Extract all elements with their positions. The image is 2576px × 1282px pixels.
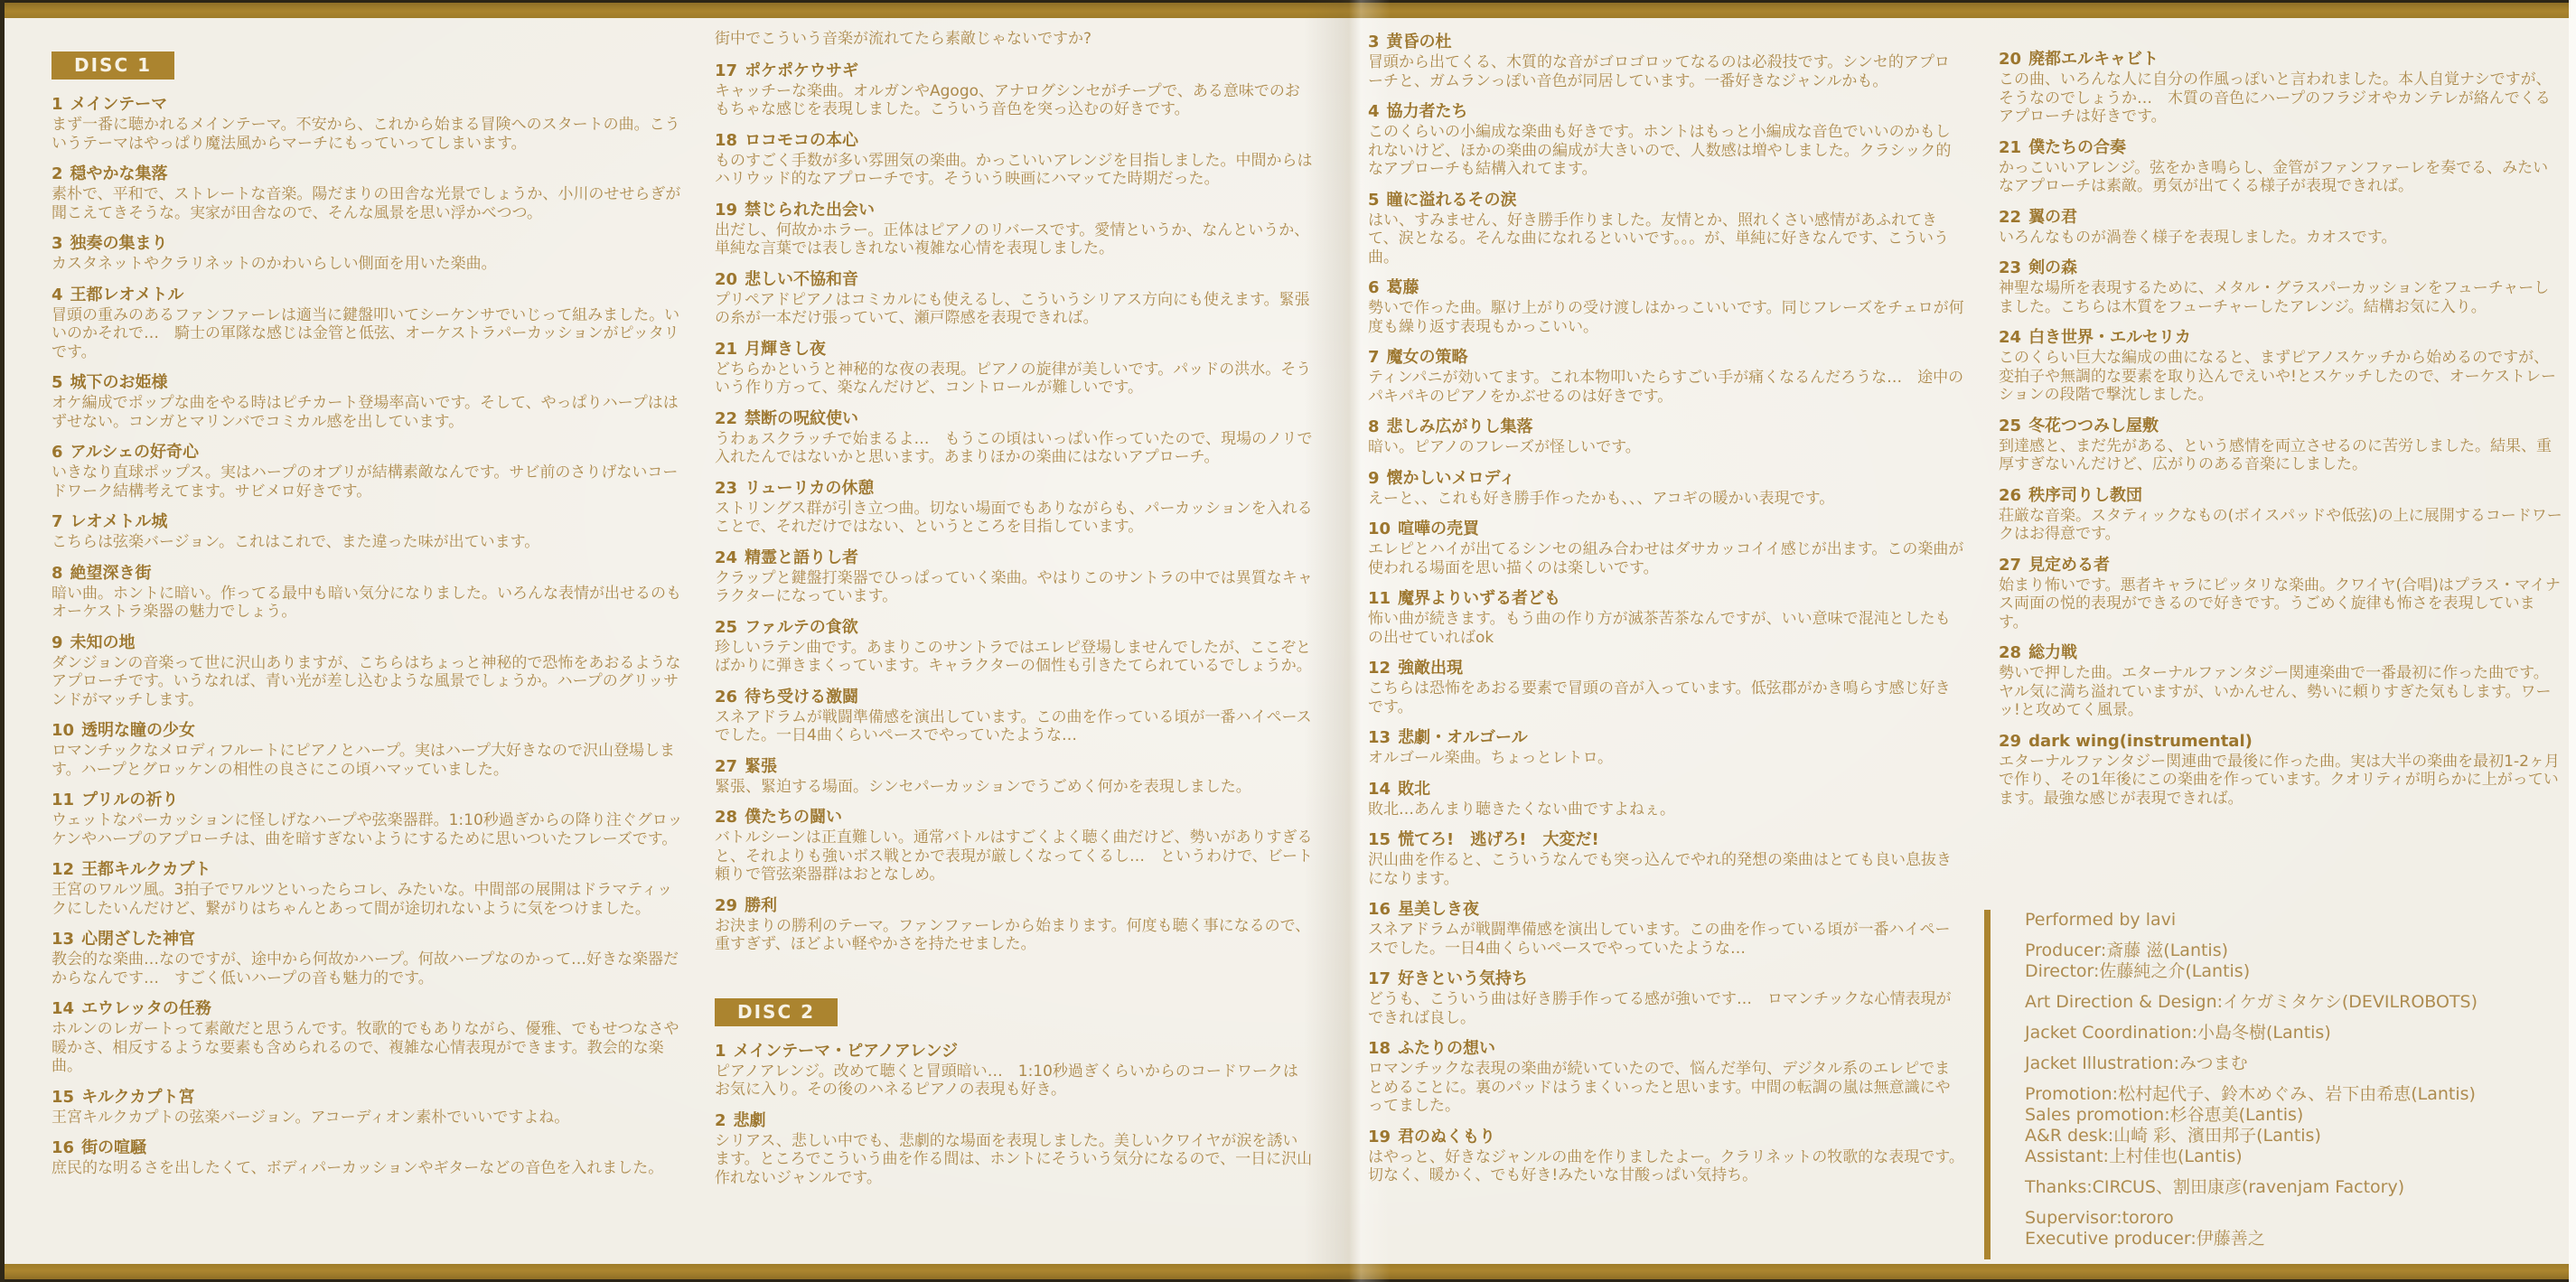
track-number: 21 <box>715 340 737 359</box>
track-item: 7レオメトル城 こちらは弦楽バージョン。これはこれで、また違った味が出ています。 <box>52 512 684 552</box>
credit-line: Director:佐藤純之介(Lantis) <box>2025 961 2567 982</box>
track-title: 23リューリカの休憩 <box>715 479 1313 498</box>
column-disc1-tracks-17-29: 街中でこういう音楽が流れてたら素敵じゃないですか? 17ポケポケウサギ キャッチ… <box>715 30 1313 1199</box>
track-number: 20 <box>715 270 737 289</box>
track-commentary: 冒頭から出てくる、木質的な音がゴロゴロッてなるのは必殺技です。シンセ的アプローチ… <box>1368 53 1964 90</box>
track-name: レオメトル城 <box>70 512 168 531</box>
track-commentary: どうも、こういう曲は好き勝手作ってる感が強いです… ロマンチックな心情表現ができ… <box>1368 990 1964 1027</box>
track-title: 11プリルの祈り <box>52 791 684 809</box>
track-number: 4 <box>52 285 63 304</box>
track-item: 16星美しき夜 スネアドラムが戦闘準備感を演出しています。この曲を作っている頃が… <box>1368 900 1964 958</box>
track-item: 23リューリカの休憩 ストリングス群が引き立つ曲。切ない場面でもありながらも、パ… <box>715 479 1313 537</box>
track-number: 12 <box>52 860 74 879</box>
track-item: 19禁じられた出会い 出だし、何故かホラー。正体はピアノのリバースです。愛情とい… <box>715 201 1313 258</box>
track-commentary: ストリングス群が引き立つ曲。切ない場面でもありながらも、パーカッションを入れるこ… <box>715 500 1313 537</box>
track-name: 廃都エルキャビト <box>2028 50 2159 69</box>
track-name: 懐かしいメロディ <box>1387 469 1516 488</box>
track-name: 城下のお姫様 <box>70 373 168 392</box>
track-number: 10 <box>1368 519 1391 538</box>
track-title: 27緊張 <box>715 757 1313 776</box>
track-name: 緊張 <box>745 757 777 776</box>
disc1-track-list-part2: 17ポケポケウサギ キャッチーな楽曲。オルガンやAgogo、アナログシンセがチー… <box>715 61 1313 954</box>
track-name: 絶望深き街 <box>70 564 152 583</box>
track-title: 1メインテーマ <box>52 95 684 114</box>
track-number: 23 <box>1999 258 2021 277</box>
track-name: 独奏の集まり <box>70 234 168 253</box>
track-title: 28僕たちの闘い <box>715 808 1313 827</box>
track-number: 27 <box>1999 556 2021 575</box>
track-number: 13 <box>1368 728 1391 747</box>
track-commentary: こちらは弦楽バージョン。これはこれで、また違った味が出ています。 <box>52 533 684 552</box>
track-commentary: 緊張、緊迫する場面。シンセパーカッションでうごめく何かを表現しました。 <box>715 778 1313 797</box>
track-commentary: 始まり怖いです。悪者キャラにピッタリな楽曲。クワイヤ(合唱)はプラス・マイナス両… <box>1999 576 2562 632</box>
track-name: 悲劇 <box>734 1111 766 1130</box>
track-number: 11 <box>1368 589 1391 608</box>
track-commentary: 沢山曲を作ると、こういうなんでも突っ込んでやれ的発想の楽曲はとても良い息抜きにな… <box>1368 851 1964 888</box>
credit-line: Jacket Illustration:みつまむ <box>2025 1053 2567 1074</box>
track-name: 未知の地 <box>70 633 136 652</box>
track-commentary: 荘厳な音楽。スタティックなもの(ボイスパッドや低弦)の上に展開するコードワークは… <box>1999 507 2562 544</box>
track-number: 29 <box>715 896 737 915</box>
track-title: 4王都レオメトル <box>52 285 684 304</box>
track-name: 禁断の呪紋使い <box>745 409 858 428</box>
track-commentary: こちらは恐怖をあおる要素で冒頭の音が入っています。低弦郡がかき鳴らす感じ好きです… <box>1368 679 1964 716</box>
credit-group-producer-director: Producer:斎藤 滋(Lantis)Director:佐藤純之介(Lant… <box>2025 940 2567 982</box>
track-item: 21僕たちの合奏 かっこいいアレンジ。弦をかき鳴らし、金管がファンファーレを奏で… <box>1999 138 2562 196</box>
track-number: 2 <box>715 1111 726 1130</box>
track-item: 12強敵出現 こちらは恐怖をあおる要素で冒頭の音が入っています。低弦郡がかき鳴ら… <box>1368 659 1964 716</box>
track-title: 1メインテーマ・ピアノアレンジ <box>715 1042 1313 1061</box>
track-item: 20悲しい不協和音 プリペアドピアノはコミカルにも使えるし、こういうシリアス方向… <box>715 270 1313 328</box>
disc2-track-list-part1: 1メインテーマ・ピアノアレンジ ピアノアレンジ。改めて聴くと冒頭暗い… 1:10… <box>715 1042 1313 1188</box>
credit-group-thanks: Thanks:CIRCUS、割田康彦(ravenjam Factory) <box>2025 1177 2567 1198</box>
track-commentary: いきなり直球ポップス。実はハープのオブリが結構素敵なんです。サビ前のさりげないコ… <box>52 463 684 501</box>
track-item: 18ロコモコの本心 ものすごく手数が多い雰囲気の楽曲。かっこいいアレンジを目指し… <box>715 131 1313 189</box>
track-name: 黄昏の杜 <box>1387 33 1452 51</box>
track-number: 27 <box>715 757 737 776</box>
track-number: 25 <box>715 618 737 637</box>
track-commentary: 到達感と、まだ先がある、という感情を両立させるのに苦労しました。結果、重厚すぎな… <box>1999 437 2562 474</box>
track-name: 月輝きし夜 <box>745 340 826 359</box>
track-commentary: かっこいいアレンジ。弦をかき鳴らし、金管がファンファーレを奏でる、みたいなアプロ… <box>1999 159 2562 196</box>
track-name: エウレッタの任務 <box>81 999 211 1018</box>
track-item: 14エウレッタの任務 ホルンのレガートって素敵だと思うんです。牧歌的でもありなが… <box>52 999 684 1076</box>
track-commentary: はい、すみません、好き勝手作りました。友情とか、照れくさい感情があふれてきて、涙… <box>1368 211 1964 267</box>
track-item: 20廃都エルキャビト この曲、いろんな人に自分の作風っぽいと言われました。本人自… <box>1999 50 2562 126</box>
track-title: 28総力戦 <box>1999 643 2562 662</box>
track-item: 9懐かしいメロディ えーと、、これも好き勝手作ったかも、、、アコギの暖かい表現で… <box>1368 469 1964 509</box>
track-name: 喧嘩の売買 <box>1398 519 1479 538</box>
track-commentary: キャッチーな楽曲。オルガンやAgogo、アナログシンセがチープで、ある意味でのお… <box>715 82 1313 119</box>
track-number: 7 <box>52 512 63 531</box>
track-name: 協力者たち <box>1387 102 1468 121</box>
disc2-track-list-part2: 3黄昏の杜 冒頭から出てくる、木質的な音がゴロゴロッてなるのは必殺技です。シンセ… <box>1368 33 1964 1185</box>
track-name: 総力戦 <box>2028 643 2077 662</box>
track-name: 待ち受ける激闘 <box>745 688 858 707</box>
track-number: 10 <box>52 721 74 740</box>
track-title: 25ファルテの食欲 <box>715 618 1313 637</box>
track-title: 9未知の地 <box>52 633 684 652</box>
track-number: 23 <box>715 479 737 498</box>
performed-by: Performed by lavi <box>2025 910 2567 931</box>
track-name: 穏やかな集落 <box>70 164 168 183</box>
track-name: 王都キルクカプト <box>81 860 211 879</box>
track-title: 18ロコモコの本心 <box>715 131 1313 150</box>
track-title: 7レオメトル城 <box>52 512 684 531</box>
track-commentary: スネアドラムが戦闘準備感を演出しています。この曲を作っている頃が一番ハイペースで… <box>715 708 1313 745</box>
track-commentary: オケ編成でポップな曲をやる時はピチカート登場率高いです。そして、やっぱりハープは… <box>52 394 684 431</box>
track-item: 22翼の君 いろんなものが渦巻く様子を表現しました。カオスです。 <box>1999 208 2562 248</box>
track-title: 17好きという気持ち <box>1368 969 1964 988</box>
track-name: dark wing(instrumental) <box>2028 732 2253 751</box>
track-commentary: 勢いで作った曲。駆け上がりの受け渡しはかっこいいです。同じフレーズをチェロが何度… <box>1368 299 1964 336</box>
credits-section: Performed by lavi Producer:斎藤 滋(Lantis)D… <box>1984 910 2567 1259</box>
track-commentary: シリアス、悲しい中でも、悲劇的な場面を表現しました。美しいクワイヤが涙を誘います… <box>715 1132 1313 1188</box>
track-commentary: 冒頭の重みのあるファンファーレは適当に鍵盤叩いてシーケンサでいじって組みました。… <box>52 306 684 362</box>
track-commentary: いろんなものが渦巻く様子を表現しました。カオスです。 <box>1999 229 2562 248</box>
track-commentary: 敗北…あんまり聴きたくない曲ですよねぇ。 <box>1368 800 1964 819</box>
track-item: 18ふたりの想い ロマンチックな表現の楽曲が続いていたので、悩んだ挙句、デジタル… <box>1368 1039 1964 1116</box>
track-number: 2 <box>52 164 63 183</box>
track-commentary: エターナルファンタジー関連曲で最後に作った曲。実は大半の楽曲を最初1-2ヶ月で作… <box>1999 753 2562 809</box>
track-item: 27見定める者 始まり怖いです。悪者キャラにピッタリな楽曲。クワイヤ(合唱)はプ… <box>1999 556 2562 632</box>
track-name: 悲しみ広がりし集落 <box>1387 417 1533 436</box>
track-title: 22禁断の呪紋使い <box>715 409 1313 428</box>
track-item: 19君のぬくもり はやっと、好きなジャンルの曲を作りましたよー。クラリネットの牧… <box>1368 1128 1964 1185</box>
track-number: 18 <box>715 131 737 150</box>
track-number: 9 <box>52 633 63 652</box>
track-name: 透明な瞳の少女 <box>81 721 195 740</box>
track-title: 20廃都エルキャビト <box>1999 50 2562 69</box>
credit-line: Promotion:松村起代子、鈴木めぐみ、岩下由希恵(Lantis) <box>2025 1084 2567 1105</box>
track-title: 3黄昏の杜 <box>1368 33 1964 51</box>
track-name: 君のぬくもり <box>1398 1128 1495 1146</box>
credit-line: Supervisor:tororo <box>2025 1208 2567 1229</box>
track-title: 2悲劇 <box>715 1111 1313 1130</box>
track-number: 15 <box>1368 830 1391 849</box>
credit-group-supervisor-executive: Supervisor:tororoExecutive producer:伊藤善之 <box>2025 1208 2567 1249</box>
track-title: 3独奏の集まり <box>52 234 684 253</box>
track-item: 27緊張 緊張、緊迫する場面。シンセパーカッションでうごめく何かを表現しました。 <box>715 757 1313 797</box>
track-name: 見定める者 <box>2028 556 2110 575</box>
track-title: 25冬花つつみし屋敷 <box>1999 416 2562 435</box>
credit-group-jacket-coordination: Jacket Coordination:小島冬樹(Lantis) <box>2025 1023 2567 1043</box>
track-title: 24精霊と語りし者 <box>715 548 1313 567</box>
track-title: 21月輝きし夜 <box>715 340 1313 359</box>
track-number: 3 <box>52 234 63 253</box>
track-item: 26待ち受ける激闘 スネアドラムが戦闘準備感を演出しています。この曲を作っている… <box>715 688 1313 745</box>
track-commentary: ロマンチックな表現の楽曲が続いていたので、悩んだ挙句、デジタル系のエレピでまとめ… <box>1368 1060 1964 1116</box>
track-title: 29dark wing(instrumental) <box>1999 732 2562 751</box>
track-item: 29勝利 お決まりの勝利のテーマ。ファンファーレから始まります。何度も聴く事にな… <box>715 896 1313 954</box>
track-commentary: 神聖な場所を表現するために、メタル・グラスパーカッションをフューチャーしました。… <box>1999 279 2562 316</box>
track-name: 勝利 <box>745 896 777 915</box>
track-title: 16星美しき夜 <box>1368 900 1964 919</box>
track-commentary: カスタネットやクラリネットのかわいらしい側面を用いた楽曲。 <box>52 255 684 274</box>
track-number: 13 <box>52 930 74 949</box>
track-item: 17好きという気持ち どうも、こういう曲は好き勝手作ってる感が強いです… ロマン… <box>1368 969 1964 1027</box>
track-commentary: うわぁスクラッチで始まるよ… もうこの頃はいっぱい作っていたので、現場のノリで入… <box>715 430 1313 467</box>
credit-group-promotion: Promotion:松村起代子、鈴木めぐみ、岩下由希恵(Lantis)Sales… <box>2025 1084 2567 1167</box>
track-number: 20 <box>1999 50 2021 69</box>
track-commentary: オルゴール楽曲。ちょっとレトロ。 <box>1368 749 1964 768</box>
track-number: 19 <box>1368 1128 1391 1146</box>
track-number: 14 <box>1368 780 1391 799</box>
track-item: 2穏やかな集落 素朴で、平和で、ストレートな音楽。陽だまりの田舎な光景でしょうか… <box>52 164 684 222</box>
track-item: 15キルクカプト宮 王宮キルクカプトの弦楽バージョン。アコーディオン素朴でいいで… <box>52 1088 684 1128</box>
track-item: 23剣の森 神聖な場所を表現するために、メタル・グラスパーカッションをフューチャ… <box>1999 258 2562 316</box>
track-number: 1 <box>715 1042 726 1061</box>
track-commentary: この曲、いろんな人に自分の作風っぽいと言われました。本人自覚ナシですが、そうなの… <box>1999 70 2562 126</box>
credit-group-jacket-illustration: Jacket Illustration:みつまむ <box>2025 1053 2567 1074</box>
track-name: 僕たちの合奏 <box>2028 138 2126 157</box>
track-item: 4王都レオメトル 冒頭の重みのあるファンファーレは適当に鍵盤叩いてシーケンサでい… <box>52 285 684 362</box>
track-item: 11プリルの祈り ウェットなパーカッションに怪しげなハープや弦楽器群。1:10秒… <box>52 791 684 848</box>
track-name: メインテーマ・ピアノアレンジ <box>734 1042 959 1061</box>
track-name: 翼の君 <box>2028 208 2077 227</box>
track-title: 10透明な瞳の少女 <box>52 721 684 740</box>
track-title: 27見定める者 <box>1999 556 2562 575</box>
track-commentary: 素朴で、平和で、ストレートな音楽。陽だまりの田舎な光景でしょうか、小川のせせらぎ… <box>52 185 684 222</box>
track-number: 8 <box>52 564 63 583</box>
track-commentary: このくらい巨大な編成の曲になると、まずピアノスケッチから始めるのですが、変拍子や… <box>1999 349 2562 405</box>
track-title: 7魔女の策略 <box>1368 348 1964 367</box>
track-name: 強敵出現 <box>1398 659 1463 678</box>
track-name: プリルの祈り <box>81 791 178 809</box>
track-item: 8悲しみ広がりし集落 暗い。ピアノのフレーズが怪しいです。 <box>1368 417 1964 457</box>
track-title: 26待ち受ける激闘 <box>715 688 1313 707</box>
track-number: 28 <box>715 808 737 827</box>
track-item: 25ファルテの食欲 珍しいラテン曲です。あまりこのサントラではエレピ登場しません… <box>715 618 1313 676</box>
track-number: 16 <box>1368 900 1391 919</box>
track-title: 8絶望深き街 <box>52 564 684 583</box>
track-name: アルシェの好奇心 <box>70 443 199 462</box>
track-name: 精霊と語りし者 <box>745 548 858 567</box>
track-number: 1 <box>52 95 63 114</box>
track-title: 11魔界よりいずる者ども <box>1368 589 1964 608</box>
credit-line: Sales promotion:杉谷恵美(Lantis) <box>2025 1105 2567 1126</box>
track-name: 冬花つつみし屋敷 <box>2028 416 2159 435</box>
track-commentary: お決まりの勝利のテーマ。ファンファーレから始まります。何度も聴く事になるので、重… <box>715 917 1313 954</box>
track-item: 3独奏の集まり カスタネットやクラリネットのかわいらしい側面を用いた楽曲。 <box>52 234 684 274</box>
track-item: 7魔女の策略 ティンパニが効いてます。これ本物叩いたらすごい手が痛くなるんだろう… <box>1368 348 1964 406</box>
track-name: ロコモコの本心 <box>745 131 858 150</box>
track-commentary: 出だし、何故かホラー。正体はピアノのリバースです。愛情というか、なんというか、単… <box>715 221 1313 258</box>
track-item: 14敗北 敗北…あんまり聴きたくない曲ですよねぇ。 <box>1368 780 1964 819</box>
track-name: 葛藤 <box>1387 278 1419 297</box>
booklet-page: DISC 1 1メインテーマ まず一番に聴かれるメインテーマ。不安から、これから… <box>0 0 2576 1282</box>
track-title: 24白き世界・エルセリカ <box>1999 328 2562 347</box>
track-name: 瞳に溢れるその涙 <box>1387 191 1517 210</box>
track-number: 29 <box>1999 732 2021 751</box>
track-item: 6アルシェの好奇心 いきなり直球ポップス。実はハープのオブリが結構素敵なんです。… <box>52 443 684 501</box>
track-name: 敗北 <box>1398 780 1430 799</box>
track-name: 僕たちの闘い <box>745 808 842 827</box>
track-number: 14 <box>52 999 74 1018</box>
track-item: 22禁断の呪紋使い うわぁスクラッチで始まるよ… もうこの頃はいっぱい作っていた… <box>715 409 1313 467</box>
track-name: リューリカの休憩 <box>745 479 874 498</box>
track-commentary: 庶民的な明るさを出したくて、ボディパーカッションやギターなどの音色を入れました。 <box>52 1159 684 1178</box>
track-number: 28 <box>1999 643 2021 662</box>
track-title: 12王都キルクカプト <box>52 860 684 879</box>
track-item: 25冬花つつみし屋敷 到達感と、まだ先がある、という感情を両立させるのに苦労しま… <box>1999 416 2562 474</box>
track-title: 15キルクカプト宮 <box>52 1088 684 1107</box>
track-number: 18 <box>1368 1039 1391 1058</box>
track-number: 24 <box>715 548 737 567</box>
track-number: 26 <box>1999 486 2021 505</box>
track-name: ポケポケウサギ <box>745 61 858 80</box>
track-item: 16街の喧騒 庶民的な明るさを出したくて、ボディパーカッションやギターなどの音色… <box>52 1138 684 1178</box>
track-title: 19君のぬくもり <box>1368 1128 1964 1146</box>
track-item: 10喧嘩の売買 エレピとハイが出てるシンセの組み合わせはダサカッコイイ感じが出ま… <box>1368 519 1964 577</box>
disc1-badge: DISC 1 <box>52 51 174 80</box>
top-gold-bar <box>0 3 2576 18</box>
track-name: 剣の森 <box>2028 258 2077 277</box>
track-number: 15 <box>52 1088 74 1107</box>
track-title: 8悲しみ広がりし集落 <box>1368 417 1964 436</box>
track-title: 5瞳に溢れるその涙 <box>1368 191 1964 210</box>
track-name: 悲劇・オルゴール <box>1398 728 1528 747</box>
track-commentary: ティンパニが効いてます。これ本物叩いたらすごい手が痛くなるんだろうな… 途中のパ… <box>1368 369 1964 406</box>
track-title: 6葛藤 <box>1368 278 1964 297</box>
track-number: 12 <box>1368 659 1391 678</box>
track-commentary: ダンジョンの音楽って世に沢山ありますが、こちらはちょっと神秘的で恐怖をあおるよう… <box>52 654 684 710</box>
disc2-badge: DISC 2 <box>715 998 838 1026</box>
track-number: 5 <box>52 373 63 392</box>
track-commentary: エレピとハイが出てるシンセの組み合わせはダサカッコイイ感じが出ます。この楽曲が使… <box>1368 540 1964 577</box>
track-name: 悲しい不協和音 <box>745 270 858 289</box>
track-name: 街の喧騒 <box>81 1138 146 1157</box>
track-item: 8絶望深き街 暗い曲。ホントに暗い。作ってる最中も暗い気分になりました。いろんな… <box>52 564 684 622</box>
track-number: 5 <box>1368 191 1380 210</box>
scan-right-edge <box>2569 0 2576 1282</box>
track-number: 22 <box>1999 208 2021 227</box>
track-name: 王都レオメトル <box>70 285 184 304</box>
track-commentary: このくらいの小編成な楽曲も好きです。ホントはもっと小編成な音色でいいのかもしれな… <box>1368 123 1964 179</box>
track-item: 28僕たちの闘い バトルシーンは正直難しい。通常バトルはすごくよく聴く曲だけど、… <box>715 808 1313 884</box>
track-commentary: 怖い曲が続きます。もう曲の作り方が滅茶苦茶なんですが、いい意味で混沌としたもの出… <box>1368 610 1964 647</box>
track-title: 17ポケポケウサギ <box>715 61 1313 80</box>
track-title: 29勝利 <box>715 896 1313 915</box>
track-number: 17 <box>1368 969 1391 988</box>
track16-continuation: 街中でこういう音楽が流れてたら素敵じゃないですか? <box>715 30 1313 49</box>
track-item: 26秩序司りし教団 荘厳な音楽。スタティックなもの(ボイスパッドや低弦)の上に展… <box>1999 486 2562 544</box>
track-title: 14敗北 <box>1368 780 1964 799</box>
track-item: 29dark wing(instrumental) エターナルファンタジー関連曲… <box>1999 732 2562 809</box>
track-item: 15慌てろ! 逃げろ! 大変だ! 沢山曲を作ると、こういうなんでも突っ込んでやれ… <box>1368 830 1964 888</box>
track-number: 22 <box>715 409 737 428</box>
track-name: 慌てろ! 逃げろ! 大変だ! <box>1398 830 1599 849</box>
track-name: ふたりの想い <box>1398 1039 1495 1058</box>
column-disc2-tracks-20-29: 20廃都エルキャビト この曲、いろんな人に自分の作風っぽいと言われました。本人自… <box>1999 50 2562 819</box>
track-commentary: バトルシーンは正直難しい。通常バトルはすごくよく聴く曲だけど、勢いがありすぎると… <box>715 828 1313 884</box>
credit-line: Producer:斎藤 滋(Lantis) <box>2025 940 2567 961</box>
track-item: 2悲劇 シリアス、悲しい中でも、悲劇的な場面を表現しました。美しいクワイヤが涙を… <box>715 1111 1313 1188</box>
track-commentary: プリペアドピアノはコミカルにも使えるし、こういうシリアス方向にも使えます。緊張の… <box>715 291 1313 328</box>
credit-line: Assistant:上村佳也(Lantis) <box>2025 1146 2567 1167</box>
track-number: 3 <box>1368 33 1380 51</box>
track-item: 13悲劇・オルゴール オルゴール楽曲。ちょっとレトロ。 <box>1368 728 1964 768</box>
track-item: 6葛藤 勢いで作った曲。駆け上がりの受け渡しはかっこいいです。同じフレーズをチェ… <box>1368 278 1964 336</box>
track-title: 15慌てろ! 逃げろ! 大変だ! <box>1368 830 1964 849</box>
credit-line: Jacket Coordination:小島冬樹(Lantis) <box>2025 1023 2567 1043</box>
bottom-gold-bar <box>0 1264 2576 1279</box>
track-item: 4協力者たち このくらいの小編成な楽曲も好きです。ホントはもっと小編成な音色でい… <box>1368 102 1964 179</box>
track-title: 4協力者たち <box>1368 102 1964 121</box>
track-commentary: えーと、、これも好き勝手作ったかも、、、アコギの暖かい表現です。 <box>1368 490 1964 509</box>
track-commentary: ものすごく手数が多い雰囲気の楽曲。かっこいいアレンジを目指しました。中間からはハ… <box>715 152 1313 189</box>
track-name: キルクカプト宮 <box>81 1088 194 1107</box>
track-title: 6アルシェの好奇心 <box>52 443 684 462</box>
track-commentary: 教会的な楽曲…なのですが、途中から何故かハープ。何故ハープなのかって…好きな楽器… <box>52 950 684 987</box>
track-number: 11 <box>52 791 74 809</box>
track-number: 6 <box>1368 278 1380 297</box>
track-name: 魔界よりいずる者ども <box>1398 589 1560 608</box>
track-item: 10透明な瞳の少女 ロマンチックなメロディフルートにピアノとハープ。実はハープ大… <box>52 721 684 779</box>
track-number: 9 <box>1368 469 1380 488</box>
credit-group-art-direction: Art Direction & Design:イケガミタケシ(DEVILROBO… <box>2025 992 2567 1013</box>
track-title: 18ふたりの想い <box>1368 1039 1964 1058</box>
track-title: 20悲しい不協和音 <box>715 270 1313 289</box>
track-commentary: まず一番に聴かれるメインテーマ。不安から、これから始まる冒険へのスタートの曲。こ… <box>52 116 684 153</box>
track-title: 14エウレッタの任務 <box>52 999 684 1018</box>
track-title: 9懐かしいメロディ <box>1368 469 1964 488</box>
track-title: 5城下のお姫様 <box>52 373 684 392</box>
track-item: 9未知の地 ダンジョンの音楽って世に沢山ありますが、こちらはちょっと神秘的で恐怖… <box>52 633 684 710</box>
track-title: 22翼の君 <box>1999 208 2562 227</box>
track-commentary: ロマンチックなメロディフルートにピアノとハープ。実はハープ大好きなので沢山登場し… <box>52 742 684 779</box>
track-number: 24 <box>1999 328 2021 347</box>
track-title: 23剣の森 <box>1999 258 2562 277</box>
credit-line: Art Direction & Design:イケガミタケシ(DEVILROBO… <box>2025 992 2567 1013</box>
track-title: 16街の喧騒 <box>52 1138 684 1157</box>
track-number: 8 <box>1368 417 1380 436</box>
track-item: 5瞳に溢れるその涙 はい、すみません、好き勝手作りました。友情とか、照れくさい感… <box>1368 191 1964 267</box>
track-item: 28総力戦 勢いで押した曲。エターナルファンタジー関連楽曲で一番最初に作った曲で… <box>1999 643 2562 720</box>
track-name: 秩序司りし教団 <box>2028 486 2142 505</box>
track-commentary: 暗い曲。ホントに暗い。作ってる最中も暗い気分になりました。いろんな表情が出せるの… <box>52 585 684 622</box>
track-name: 好きという気持ち <box>1398 969 1528 988</box>
credit-line: A&R desk:山崎 彩、濱田邦子(Lantis) <box>2025 1126 2567 1146</box>
track-item: 24精霊と語りし者 クラップと鍵盤打楽器でひっぱっていく楽曲。やはりこのサントラ… <box>715 548 1313 606</box>
track-number: 4 <box>1368 102 1380 121</box>
track-commentary: 珍しいラテン曲です。あまりこのサントラではエレピ登場しませんでしたが、ここぞとば… <box>715 639 1313 676</box>
track-item: 13心閉ざした神官 教会的な楽曲…なのですが、途中から何故かハープ。何故ハープな… <box>52 930 684 987</box>
track-commentary: 王宮キルクカプトの弦楽バージョン。アコーディオン素朴でいいですよね。 <box>52 1109 684 1128</box>
track-item: 1メインテーマ まず一番に聴かれるメインテーマ。不安から、これから始まる冒険への… <box>52 95 684 153</box>
track-number: 7 <box>1368 348 1380 367</box>
column-disc2-tracks-3-19: 3黄昏の杜 冒頭から出てくる、木質的な音がゴロゴロッてなるのは必殺技です。シンセ… <box>1368 33 1964 1197</box>
track-commentary: クラップと鍵盤打楽器でひっぱっていく楽曲。やはりこのサントラの中では異質なキャラ… <box>715 569 1313 606</box>
track-number: 25 <box>1999 416 2021 435</box>
track-commentary: スネアドラムが戦闘準備感を演出しています。この曲を作っている頃が一番ハイペースで… <box>1368 921 1964 958</box>
track-commentary: ウェットなパーカッションに怪しげなハープや弦楽器群。1:10秒過ぎからの降り注ぐ… <box>52 811 684 848</box>
track-title: 13悲劇・オルゴール <box>1368 728 1964 747</box>
track-name: 禁じられた出会い <box>745 201 875 220</box>
scan-left-edge <box>0 0 5 1282</box>
credit-line: Thanks:CIRCUS、割田康彦(ravenjam Factory) <box>2025 1177 2567 1198</box>
track-title: 19禁じられた出会い <box>715 201 1313 220</box>
track-item: 24白き世界・エルセリカ このくらい巨大な編成の曲になると、まずピアノスケッチか… <box>1999 328 2562 405</box>
track-commentary: 勢いで押した曲。エターナルファンタジー関連楽曲で一番最初に作った曲です。ヤル気に… <box>1999 664 2562 720</box>
track-name: メインテーマ <box>70 95 168 114</box>
track-item: 11魔界よりいずる者ども 怖い曲が続きます。もう曲の作り方が滅茶苦茶なんですが、… <box>1368 589 1964 647</box>
track-name: 魔女の策略 <box>1387 348 1468 367</box>
track-number: 6 <box>52 443 63 462</box>
track-item: 1メインテーマ・ピアノアレンジ ピアノアレンジ。改めて聴くと冒頭暗い… 1:10… <box>715 1042 1313 1100</box>
credit-line: Executive producer:伊藤善之 <box>2025 1229 2567 1249</box>
track-number: 16 <box>52 1138 74 1157</box>
